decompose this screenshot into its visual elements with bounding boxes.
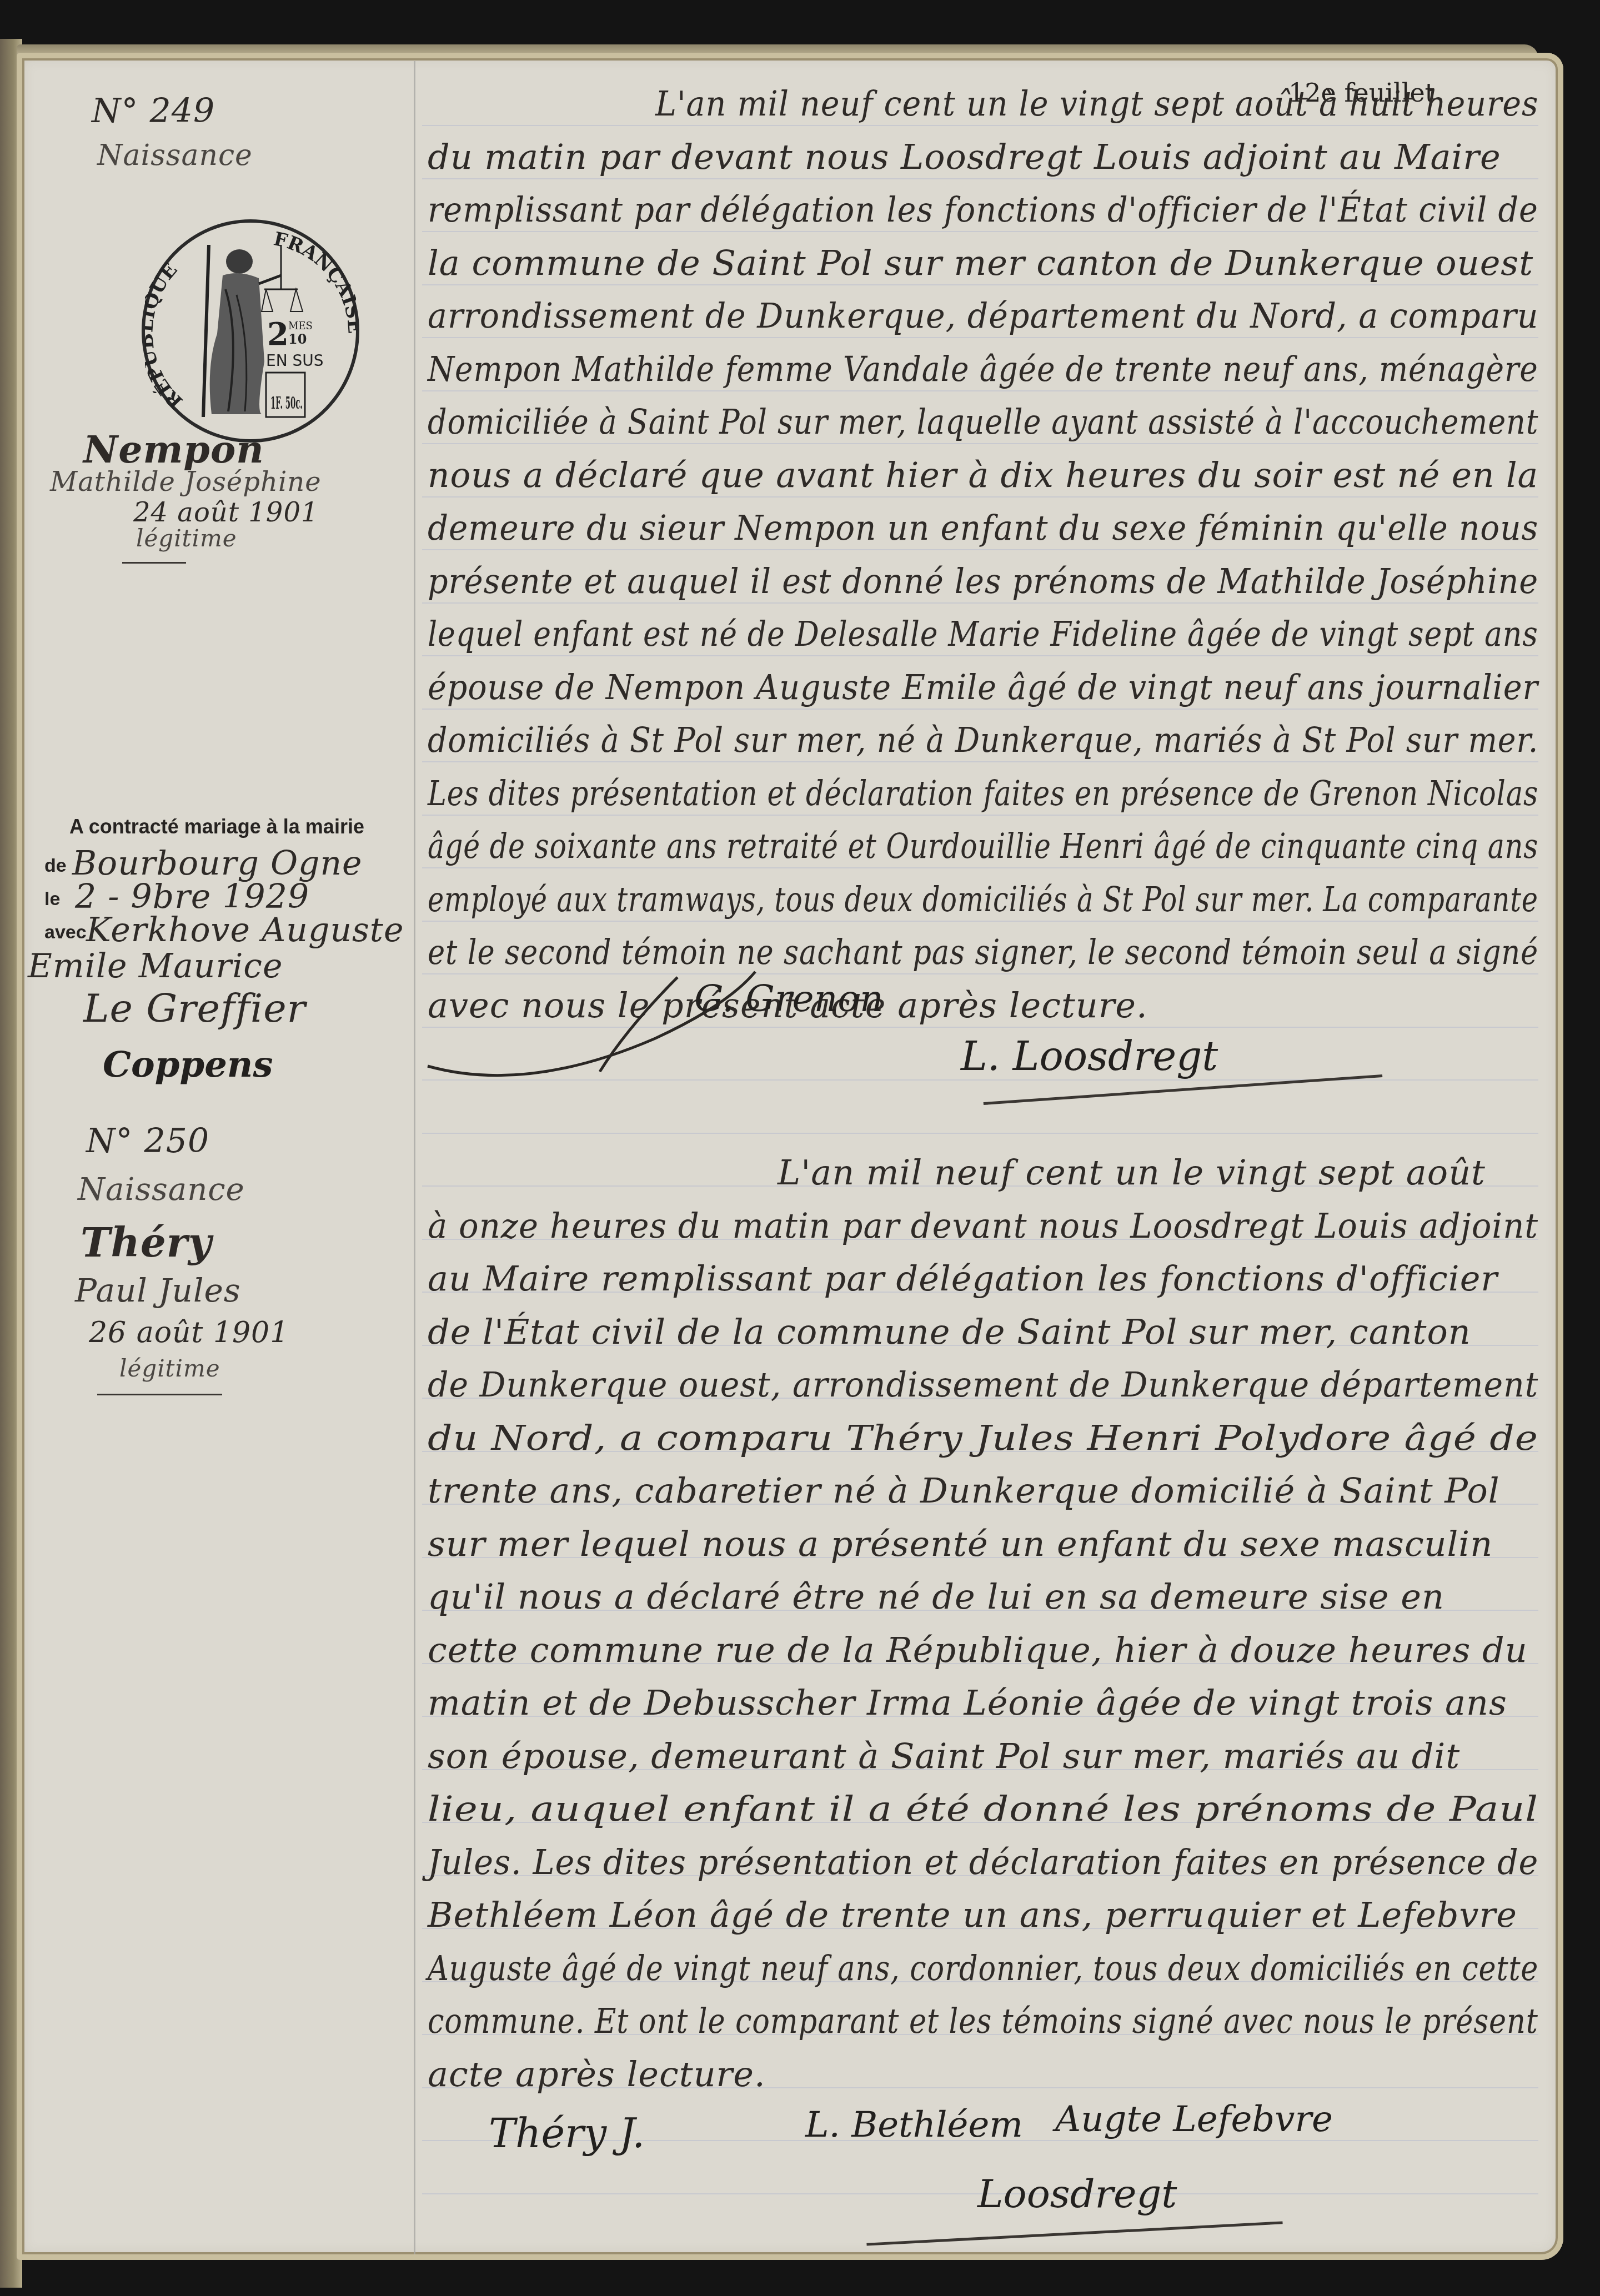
ruled-line: [422, 867, 1538, 868]
record1-type: Naissance: [97, 139, 253, 172]
record2-number: N° 250: [86, 1122, 209, 1160]
marriage-spouse-line1: Kerkhove Auguste: [86, 911, 404, 949]
act-line: commune. Et ont le comparant et les témo…: [428, 2001, 1538, 2041]
ruled-line: [422, 549, 1538, 550]
ruled-line: [422, 390, 1538, 391]
act-line: âgé de soixante ans retraité et Ourdouil…: [428, 826, 1538, 866]
ruled-line: [422, 337, 1538, 338]
ruled-line: [422, 761, 1538, 762]
act-line: épouse de Nempon Auguste Emile âgé de vi…: [428, 667, 1538, 707]
act-line: sur mer lequel nous a présenté un enfant…: [428, 1524, 1493, 1564]
act-line: de Dunkerque ouest, arrondissement de Du…: [428, 1364, 1538, 1405]
act-line: employé aux tramways, tous deux domicili…: [428, 879, 1538, 920]
revenue-stamp: RÉPUBLIQUE FRANÇAISE 2 MES 10 EN SUS 1F.…: [142, 219, 359, 443]
record2-status: légitime: [119, 1355, 220, 1382]
marriage-label-de: de: [44, 855, 67, 877]
act-line: L'an mil neuf cent un le vingt sept août: [778, 1152, 1486, 1193]
ruled-line: [422, 655, 1538, 656]
record2-surname: Théry: [81, 1219, 212, 1266]
ruled-line: [422, 815, 1538, 816]
marriage-spouse-line2: Emile Maurice: [28, 947, 283, 986]
ruled-line: [422, 231, 1538, 232]
act-line: arrondissement de Dunkerque, département…: [428, 295, 1538, 336]
act-line: lequel enfant est né de Delesalle Marie …: [428, 614, 1538, 654]
act-line: nous a déclaré que avant hier à dix heur…: [428, 455, 1538, 495]
act-line: Bethléem Léon âgé de trente un ans, perr…: [428, 1895, 1517, 1935]
stamp-en-sus: EN SUS: [266, 351, 324, 370]
record2-type: Naissance: [78, 1172, 245, 1208]
stamp-tax-sup: MES: [288, 320, 313, 332]
act-line: domiciliés à St Pol sur mer, né à Dunker…: [428, 720, 1538, 760]
record1-status: légitime: [136, 525, 237, 552]
act-line: domiciliée à Saint Pol sur mer, laquelle…: [428, 401, 1538, 442]
stamp-text-left: RÉPUBLIQUE: [145, 259, 187, 413]
ruled-line: [422, 1133, 1538, 1134]
act-line: du Nord, a comparu Théry Jules Henri Pol…: [428, 1418, 1538, 1458]
svg-text:RÉPUBLIQUE: RÉPUBLIQUE: [145, 259, 187, 413]
marriage-printed-header: A contracté mariage à la mairie: [69, 815, 364, 838]
ruled-line: [422, 178, 1538, 179]
record1-surname: Nempon: [83, 428, 264, 472]
act2-signature-declarant: Théry J.: [489, 2110, 645, 2157]
record1-date: 24 août 1901: [133, 497, 318, 528]
act-line: présente et auquel il est donné les prén…: [428, 561, 1538, 601]
act-line: son épouse, demeurant à Saint Pol sur me…: [428, 1736, 1460, 1776]
act-line: matin et de Debusscher Irma Léonie âgée …: [428, 1682, 1507, 1723]
record2-underline: [97, 1394, 222, 1395]
ruled-line: [422, 496, 1538, 498]
stamp-tax-main: 2: [267, 316, 289, 353]
marriage-label-le: le: [44, 888, 60, 910]
act2-signature-officer: Loosdregt: [977, 2171, 1177, 2217]
ruled-line: [422, 921, 1538, 922]
record1-number: N° 249: [92, 92, 215, 130]
act-line: lieu, auquel enfant il a été donné les p…: [428, 1788, 1538, 1829]
ruled-line: [422, 443, 1538, 444]
act-line: de l'État civil de la commune de Saint P…: [428, 1312, 1471, 1352]
act-line: L'an mil neuf cent un le vingt sept août…: [655, 83, 1538, 124]
margin-rule: [414, 61, 415, 2254]
record2-date: 26 août 1901: [89, 1316, 289, 1349]
greffier-signature: Coppens: [103, 1044, 273, 1086]
act-line: Les dites présentation et déclaration fa…: [428, 773, 1538, 813]
act-line: à onze heures du matin par devant nous L…: [428, 1205, 1538, 1246]
marriage-label-avec: avec: [44, 922, 87, 943]
record1-underline: [122, 562, 186, 564]
act-line: cette commune rue de la République, hier…: [428, 1630, 1528, 1670]
act-line: du matin par devant nous Loosdregt Louis…: [428, 137, 1501, 177]
act-line: trente ans, cabaretier né à Dunkerque do…: [428, 1470, 1500, 1511]
act-line: Nempon Mathilde femme Vandale âgée de tr…: [428, 349, 1538, 389]
record2-given-names: Paul Jules: [75, 1272, 241, 1309]
stamp-value: 1F. 50c.: [270, 394, 303, 413]
marriage-greffier-title: Le Greffier: [83, 986, 306, 1031]
act-line: Jules. Les dites présentation et déclara…: [428, 1842, 1538, 1882]
ruled-line: [422, 125, 1538, 126]
act2-signature-witness2: Augte Lefebvre: [1055, 2099, 1333, 2140]
ruled-line: [422, 284, 1538, 285]
act-line: qu'il nous a déclaré être né de lui en s…: [428, 1576, 1444, 1617]
stamp-tax-frac: 10: [288, 331, 307, 347]
act-line: acte après lecture.: [428, 2054, 766, 2094]
act-line: Auguste âgé de vingt neuf ans, cordonnie…: [428, 1948, 1538, 1988]
act2-signature-witness1: L. Bethléem: [805, 2104, 1023, 2146]
marianne-justice-icon: RÉPUBLIQUE FRANÇAISE 2 MES 10 EN SUS 1F.…: [145, 223, 356, 439]
record1-given-names: Mathilde Joséphine: [50, 466, 322, 498]
act-line: la commune de Saint Pol sur mer canton d…: [428, 243, 1533, 283]
ruled-line: [422, 709, 1538, 710]
ruled-line: [422, 602, 1538, 604]
signature-flourish-icon: [417, 961, 1027, 1105]
act-line: demeure du sieur Nempon un enfant du sex…: [428, 508, 1538, 548]
act1-signature-officer: L. Loosdregt: [961, 1033, 1218, 1079]
act-line: remplissant par délégation les fonctions…: [428, 189, 1538, 230]
act-line: au Maire remplissant par délégation les …: [428, 1258, 1498, 1299]
